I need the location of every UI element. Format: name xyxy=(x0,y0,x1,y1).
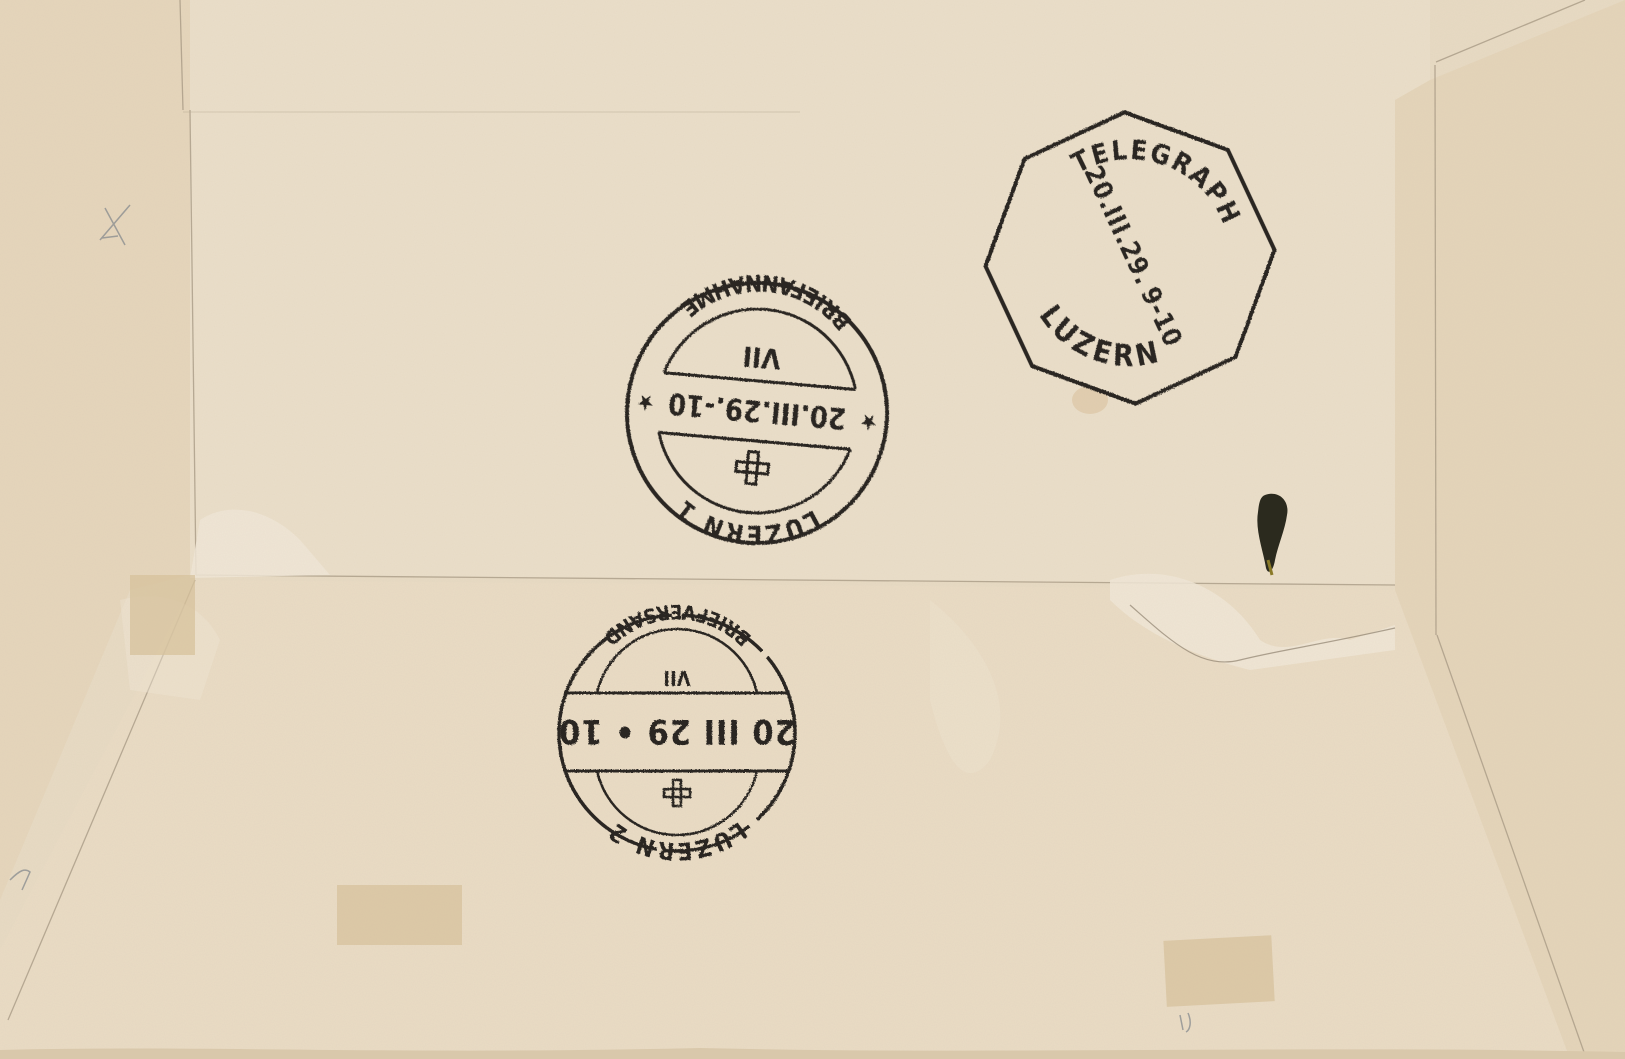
luzern-1-subtext: VII xyxy=(741,340,782,376)
star-icon: ★ xyxy=(859,408,879,434)
envelope-back: TELEGRAPH LUZERN 20.III.29.9-10 LUZERN 1… xyxy=(0,0,1625,1059)
star-icon: ★ xyxy=(636,389,656,415)
luzern-2-date: 20 III 29 • 10 xyxy=(558,711,796,751)
envelope-paper: TELEGRAPH LUZERN 20.III.29.9-10 LUZERN 1… xyxy=(0,0,1625,1059)
luzern-2-subtext: VII xyxy=(663,666,690,690)
